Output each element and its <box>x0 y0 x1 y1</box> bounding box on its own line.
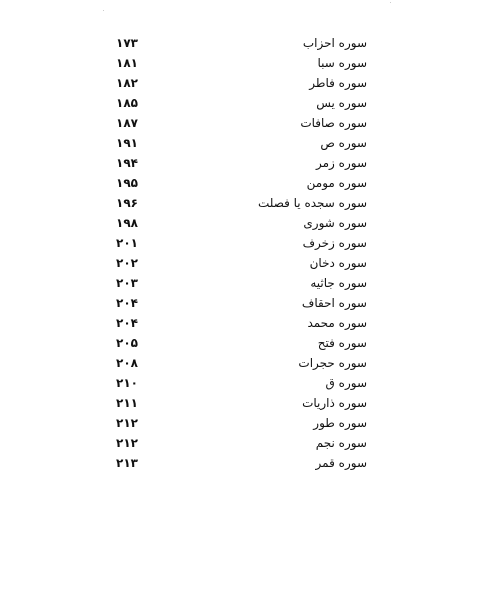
entry-title: سوره شوری <box>303 213 367 233</box>
toc-entry: سوره قمر۲۱۳ <box>0 453 495 473</box>
toc-entry: سوره یس۱۸۵ <box>0 93 495 113</box>
entry-page-number: ۲۱۰ <box>116 373 138 393</box>
toc-entry: سوره نجم۲۱۲ <box>0 433 495 453</box>
entry-title: سوره محمد <box>307 313 367 333</box>
toc-entry: سوره ص۱۹۱ <box>0 133 495 153</box>
toc-entry: سوره محمد۲۰۴ <box>0 313 495 333</box>
entry-page-number: ۱۹۱ <box>116 133 138 153</box>
entry-page-number: ۱۹۴ <box>116 153 138 173</box>
entry-page-number: ۱۸۱ <box>116 53 138 73</box>
entry-page-number: ۲۱۲ <box>116 433 138 453</box>
entry-page-number: ۱۸۲ <box>116 73 138 93</box>
entry-title: سوره قمر <box>316 453 367 473</box>
table-of-contents: سوره احزاب۱۷۳ سوره سبا۱۸۱ سوره فاطر۱۸۲ س… <box>0 33 495 473</box>
toc-entry: سوره احقاف۲۰۴ <box>0 293 495 313</box>
entry-title: سوره احزاب <box>303 33 367 53</box>
toc-entry: سوره زمر۱۹۴ <box>0 153 495 173</box>
entry-page-number: ۱۹۵ <box>116 173 138 193</box>
toc-entry: سوره جاثیه۲۰۳ <box>0 273 495 293</box>
scan-speck <box>103 10 104 11</box>
entry-page-number: ۱۹۸ <box>116 213 138 233</box>
entry-page-number: ۲۰۱ <box>116 233 138 253</box>
entry-page-number: ۲۰۳ <box>116 273 138 293</box>
entry-page-number: ۲۰۸ <box>116 353 138 373</box>
entry-title: سوره سبا <box>318 53 367 73</box>
entry-page-number: ۲۱۳ <box>116 453 138 473</box>
entry-page-number: ۲۰۴ <box>116 293 138 313</box>
toc-entry: سوره سبا۱۸۱ <box>0 53 495 73</box>
entry-title: سوره ص <box>320 133 367 153</box>
entry-title: سوره ذاریات <box>302 393 367 413</box>
entry-page-number: ۱۹۶ <box>116 193 138 213</box>
entry-title: سوره حجرات <box>298 353 367 373</box>
entry-page-number: ۱۷۳ <box>116 33 138 53</box>
entry-title: سوره دخان <box>310 253 367 273</box>
entry-page-number: ۲۰۲ <box>116 253 138 273</box>
toc-entry: سوره طور۲۱۲ <box>0 413 495 433</box>
entry-title: سوره نجم <box>316 433 367 453</box>
entry-title: سوره یس <box>316 93 367 113</box>
entry-title: سوره صافات <box>300 113 367 133</box>
toc-entry: سوره حجرات۲۰۸ <box>0 353 495 373</box>
entry-page-number: ۲۱۱ <box>116 393 138 413</box>
entry-title: سوره طور <box>313 413 367 433</box>
entry-title: سوره زخرف <box>303 233 367 253</box>
entry-page-number: ۱۸۷ <box>116 113 138 133</box>
toc-entry: سوره زخرف۲۰۱ <box>0 233 495 253</box>
entry-title: سوره فاطر <box>309 73 367 93</box>
entry-title: سوره جاثیه <box>310 273 367 293</box>
toc-entry: سوره سجده یا فصلت۱۹۶ <box>0 193 495 213</box>
toc-entry: سوره فاطر۱۸۲ <box>0 73 495 93</box>
document-page: سوره احزاب۱۷۳ سوره سبا۱۸۱ سوره فاطر۱۸۲ س… <box>0 0 495 601</box>
toc-entry: سوره ق۲۱۰ <box>0 373 495 393</box>
entry-title: سوره احقاف <box>302 293 367 313</box>
toc-entry: سوره احزاب۱۷۳ <box>0 33 495 53</box>
entry-title: سوره سجده یا فصلت <box>258 193 367 213</box>
entry-page-number: ۲۰۵ <box>116 333 138 353</box>
entry-title: سوره فتح <box>318 333 367 353</box>
scan-speck <box>390 2 391 3</box>
toc-entry: سوره فتح۲۰۵ <box>0 333 495 353</box>
toc-entry: سوره شوری۱۹۸ <box>0 213 495 233</box>
toc-entry: سوره ذاریات۲۱۱ <box>0 393 495 413</box>
entry-page-number: ۱۸۵ <box>116 93 138 113</box>
entry-title: سوره ق <box>326 373 367 393</box>
entry-title: سوره مومن <box>307 173 367 193</box>
entry-page-number: ۲۰۴ <box>116 313 138 333</box>
entry-title: سوره زمر <box>316 153 367 173</box>
toc-entry: سوره دخان۲۰۲ <box>0 253 495 273</box>
toc-entry: سوره صافات۱۸۷ <box>0 113 495 133</box>
entry-page-number: ۲۱۲ <box>116 413 138 433</box>
toc-entry: سوره مومن۱۹۵ <box>0 173 495 193</box>
